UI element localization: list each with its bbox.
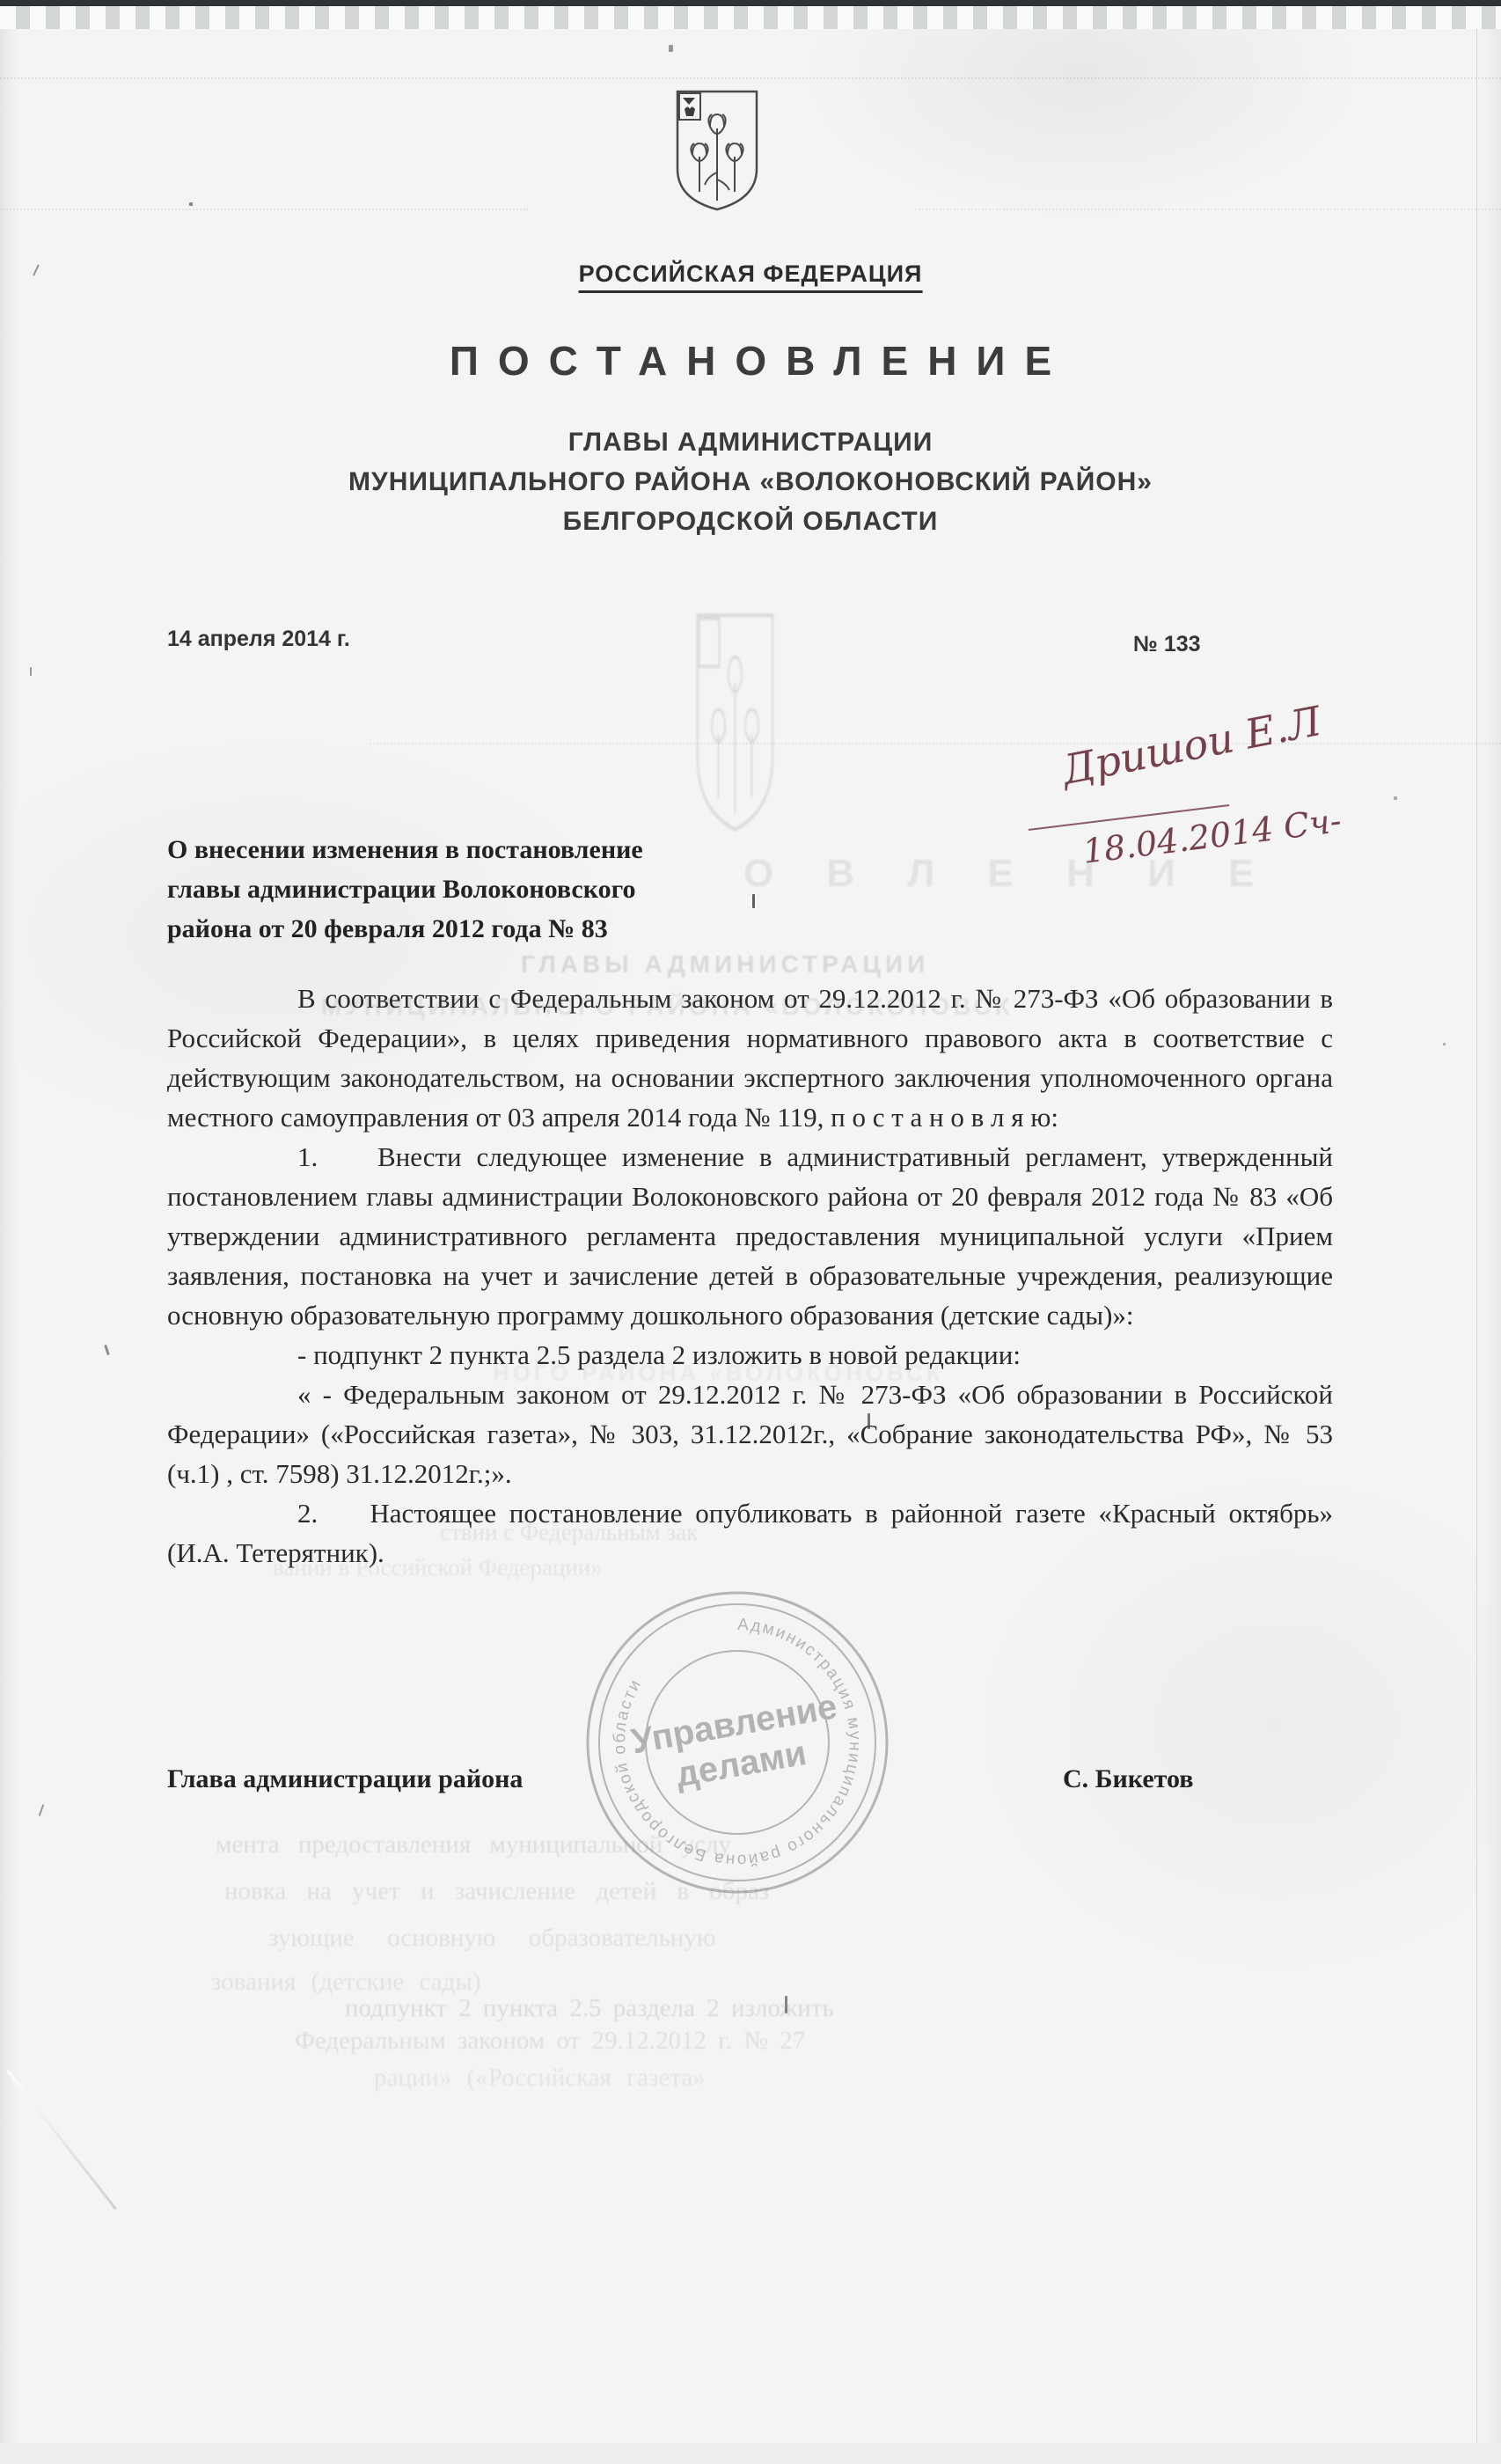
- ghost-lower-1: мента предоставления муниципальной услу: [216, 1830, 731, 1859]
- document-type-heading: ПОСТАНОВЛЕНИЕ: [430, 337, 1071, 385]
- title-line-1: О внесении изменения в постановление: [167, 830, 643, 869]
- scan-speck: [30, 667, 32, 676]
- scan-speck: [104, 1345, 110, 1355]
- sleeve-edge-bottom: [0, 2443, 1501, 2464]
- scan-speck: [1443, 1043, 1446, 1045]
- body-paragraph-preamble: В соответствии с Федеральным законом от …: [167, 979, 1333, 1137]
- ghost-lower-2: новка на учет и зачисление детей в образ: [224, 1877, 769, 1906]
- signatory-name: С. Бикетов: [1063, 1764, 1193, 1794]
- scan-speck: [33, 264, 40, 276]
- page-crease: [6, 2070, 116, 2210]
- coat-of-arms: [673, 88, 761, 213]
- ink-mark: [752, 894, 755, 908]
- plastic-sleeve-edge: [0, 6, 1501, 29]
- signatory-role: Глава администрации района: [167, 1764, 523, 1794]
- ghost-issuer-1: ГЛАВЫ АДМИНИСТРАЦИИ: [521, 950, 929, 979]
- scan-speck: [189, 202, 193, 206]
- handwritten-name: Дришои Е.Л: [1058, 697, 1325, 794]
- country-heading: РОССИЙСКАЯ ФЕДЕРАЦИЯ: [579, 260, 923, 293]
- scanned-document-page: РОССИЙСКАЯ ФЕДЕРАЦИЯ ПОСТАНОВЛЕНИЕ ГЛАВЫ…: [0, 0, 1501, 2464]
- scan-artifact-line: [0, 77, 1501, 79]
- title-line-3: района от 20 февраля 2012 года № 83: [167, 909, 643, 949]
- ghost-doc-type: О В Л Е Н И Е: [743, 852, 1275, 896]
- issuer-line-2: МУНИЦИПАЛЬНОГО РАЙОНА «ВОЛОКОНОВСКИЙ РАЙ…: [348, 467, 1153, 497]
- body-paragraph-subitem: - подпункт 2 пункта 2.5 раздела 2 изложи…: [167, 1335, 1333, 1375]
- ghost-shield-icon: [693, 609, 777, 836]
- scan-speck: [1394, 796, 1397, 800]
- body-paragraph-quote: « - Федеральным законом от 29.12.2012 г.…: [167, 1375, 1333, 1493]
- title-line-2: главы администрации Волоконовского: [167, 869, 643, 909]
- ink-mark: [868, 1413, 870, 1429]
- document-body: В соответствии с Федеральным законом от …: [167, 979, 1333, 1573]
- issuer-line-3: БЕЛГОРОДСКОЙ ОБЛАСТИ: [563, 507, 939, 537]
- ghost-lower-5: подпункт 2 пункта 2.5 раздела 2 изложить: [345, 1994, 834, 2023]
- scan-speck: [669, 45, 673, 52]
- scanner-edge-top: [0, 0, 1501, 6]
- scan-speck: [39, 1804, 45, 1816]
- document-title: О внесении изменения в постановление гла…: [167, 830, 643, 949]
- ghost-lower-6: Федеральным законом от 29.12.2012 г. № 2…: [295, 2027, 805, 2056]
- coat-of-arms-shield-icon: [673, 88, 761, 213]
- ghost-lower-7: рации» («Российская газета»: [374, 2064, 706, 2093]
- document-number: № 133: [1133, 632, 1201, 657]
- scan-artifact-line: [370, 743, 1501, 744]
- issuer-line-1: ГЛАВЫ АДМИНИСТРАЦИИ: [568, 428, 934, 458]
- sleeve-edge-left: [0, 29, 19, 2464]
- ghost-lower-4: зования (детские сады): [211, 1968, 481, 1997]
- ghost-mid-line-2: вании в Российской Федерации»: [273, 1554, 603, 1581]
- body-paragraph-item-1: 1. Внести следующее изменение в админист…: [167, 1137, 1333, 1335]
- ghost-lower-3: зующие основную образовательную: [268, 1924, 716, 1953]
- scan-artifact-line: [0, 209, 528, 210]
- scan-artifact-line: [915, 209, 1501, 210]
- ink-mark: [785, 1996, 787, 2013]
- document-date: 14 апреля 2014 г.: [167, 627, 350, 652]
- sleeve-edge-right: [1476, 29, 1501, 2464]
- ghost-coat-of-arms: [693, 609, 777, 836]
- ghost-mid-line-1: ствии с Федеральным зак: [440, 1519, 698, 1546]
